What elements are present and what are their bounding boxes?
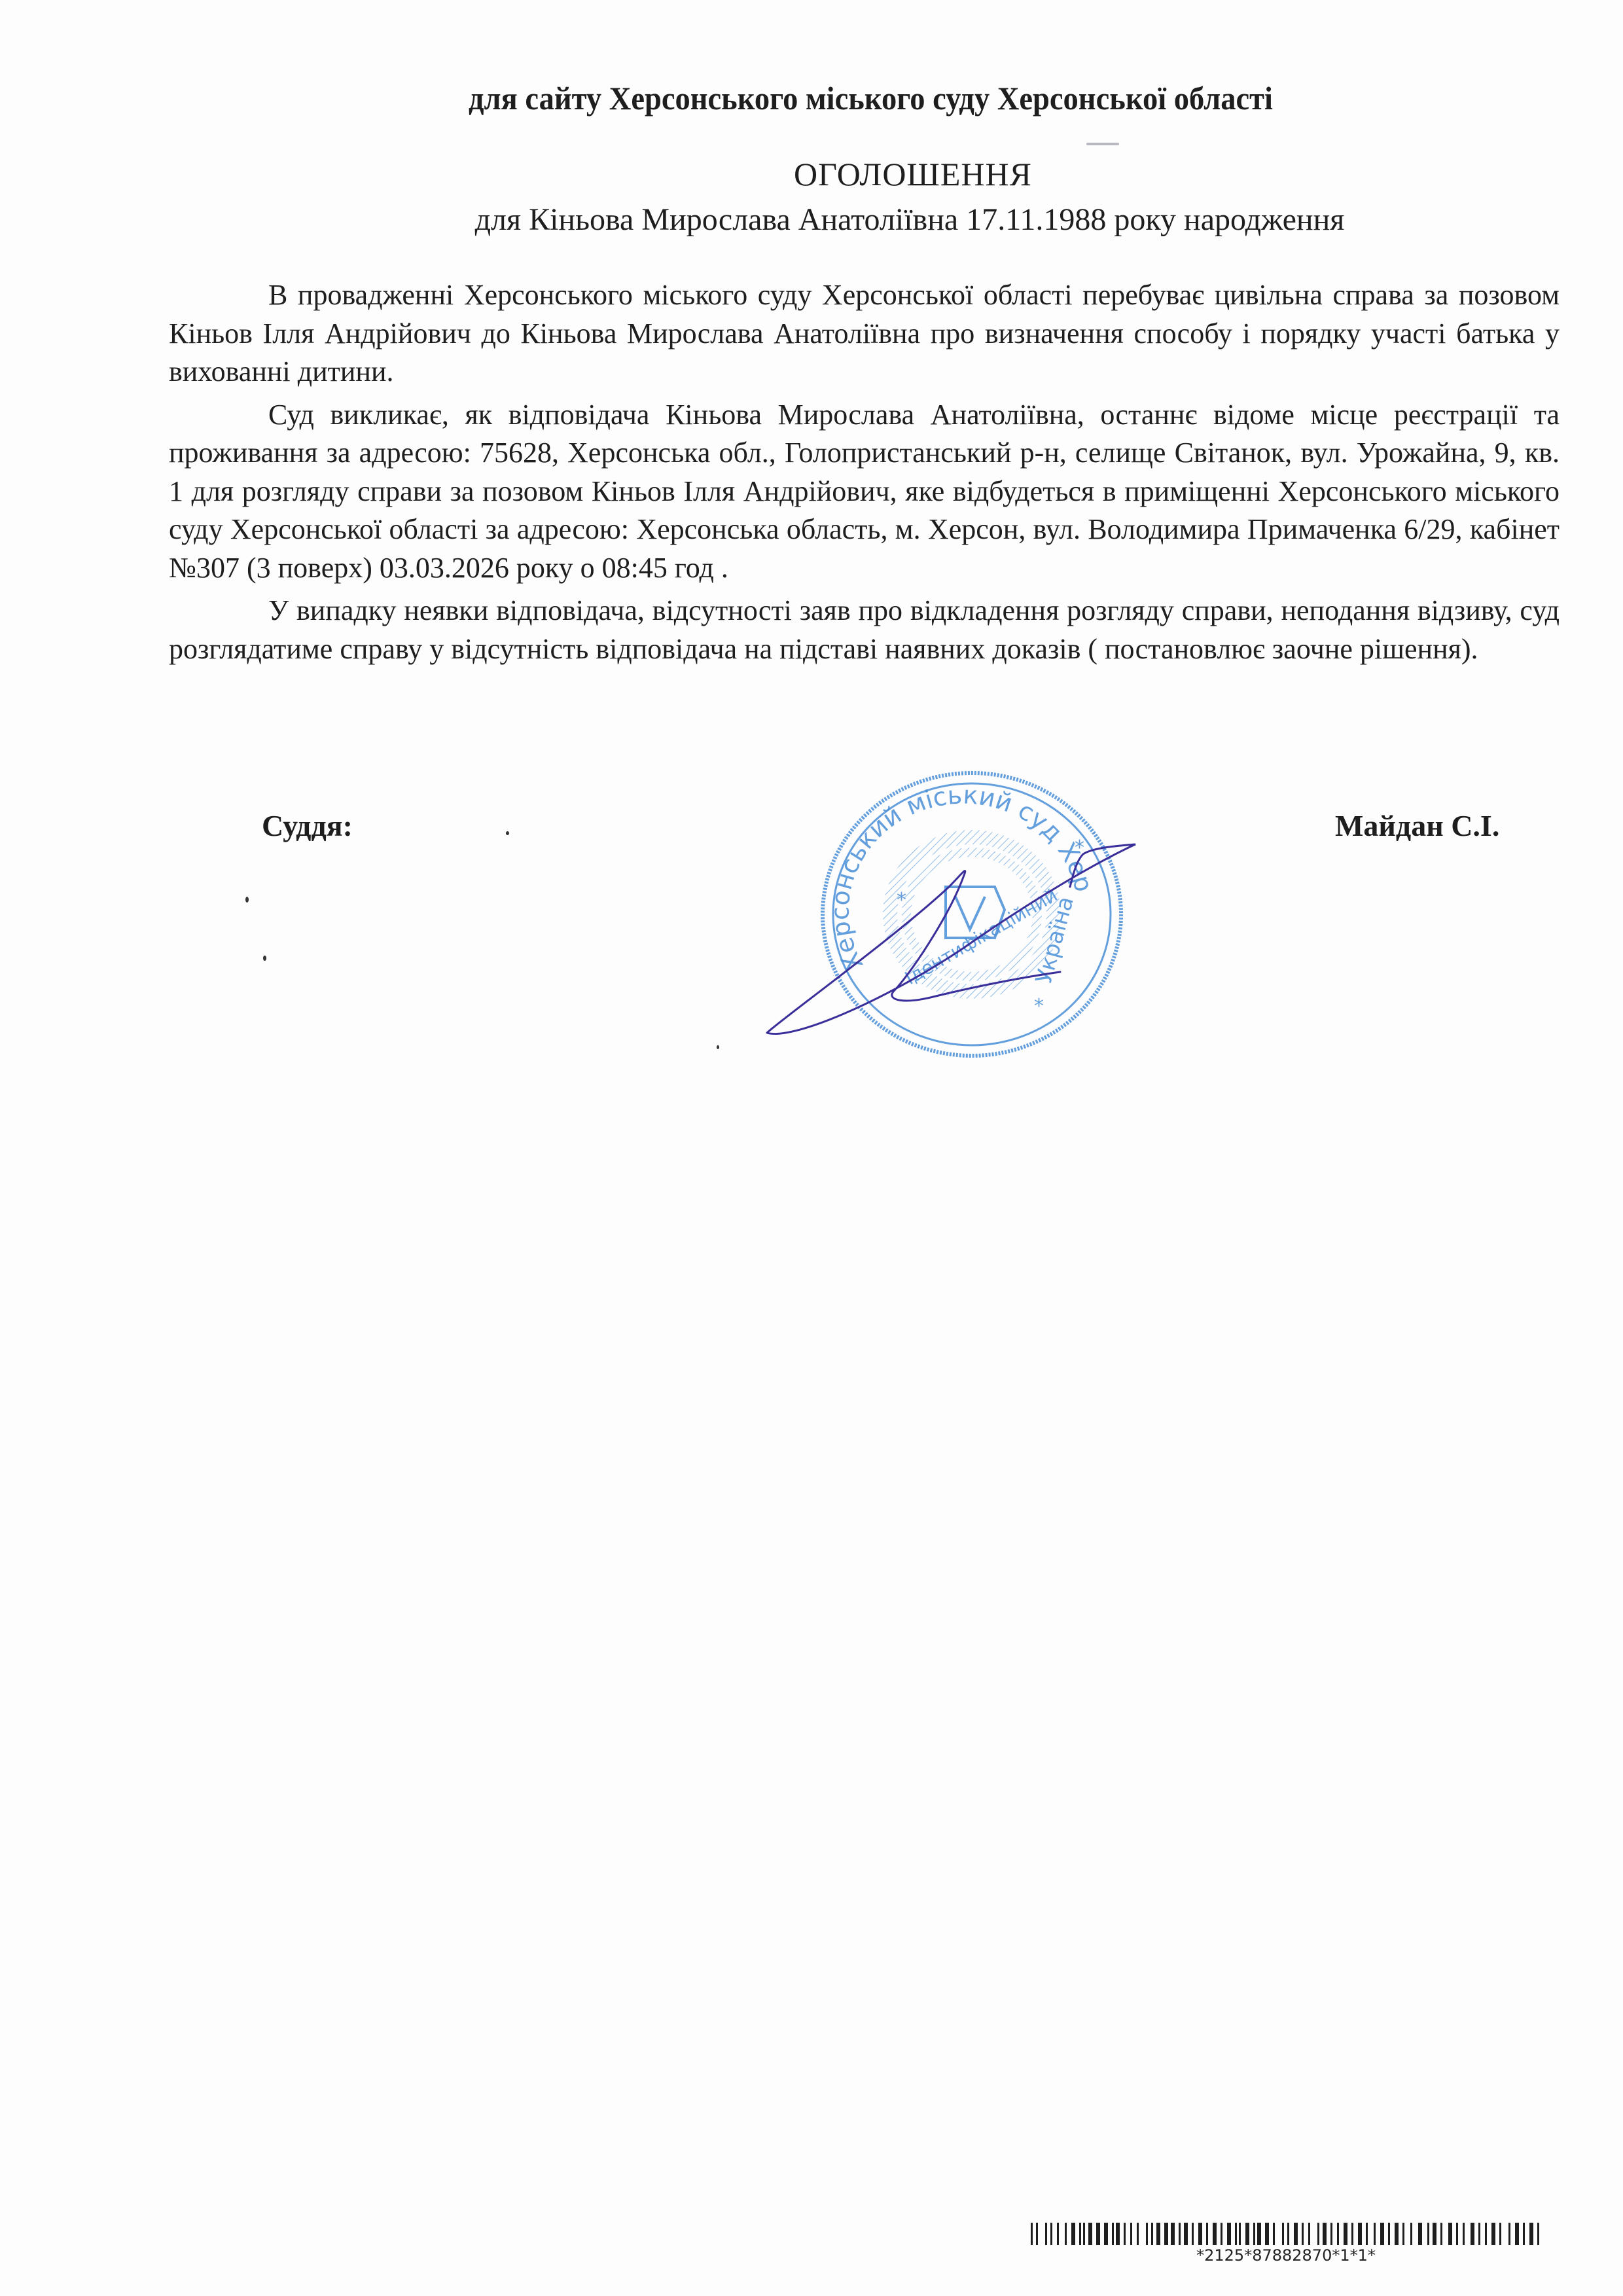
barcode-number: *2125*87882870*1*1* bbox=[1031, 2246, 1541, 2265]
scan-speck bbox=[717, 1045, 719, 1049]
document-title: ОГОЛОШЕННЯ bbox=[0, 154, 1623, 194]
announcement-body: В провадженні Херсонського міського суду… bbox=[169, 276, 1560, 668]
judge-signature-icon bbox=[753, 825, 1152, 1060]
scan-speck bbox=[245, 897, 249, 903]
barcode-icon bbox=[1031, 2223, 1541, 2245]
site-heading: для сайту Херсонського міського суду Хер… bbox=[469, 77, 1284, 119]
paragraph-case-info: В провадженні Херсонського міського суду… bbox=[169, 276, 1560, 391]
judge-name: Майдан С.І. bbox=[1335, 806, 1499, 846]
scan-speck bbox=[506, 831, 509, 835]
scan-speck bbox=[263, 956, 266, 961]
paragraph-default-judgment: У випадку неявки відповідача, відсутност… bbox=[169, 592, 1560, 668]
document-subtitle: для Кіньова Мирослава Анатоліївна 17.11.… bbox=[419, 200, 1400, 240]
paragraph-summons: Суд викликає, як відповідача Кіньова Мир… bbox=[169, 396, 1560, 588]
scan-smudge bbox=[1086, 143, 1119, 145]
judge-label: Суддя: bbox=[262, 806, 353, 846]
